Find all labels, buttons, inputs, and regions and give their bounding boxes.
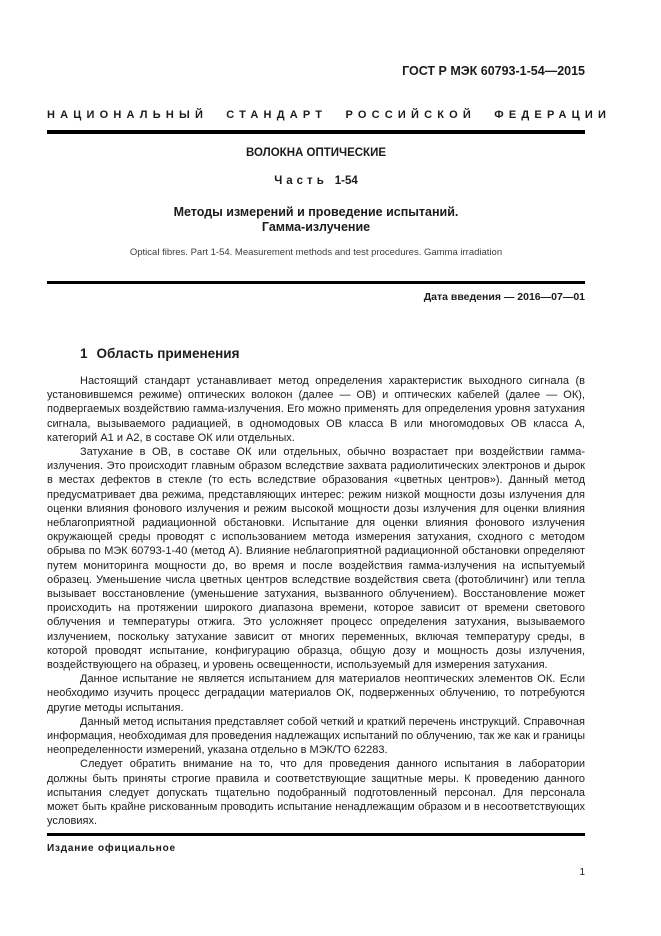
subtitle-line-2: Гамма-излучение	[47, 220, 585, 235]
section-body: Настоящий стандарт устанавливает метод о…	[47, 374, 585, 829]
section-number: 1	[80, 346, 88, 361]
page-number: 1	[47, 867, 585, 878]
paragraph: Следует обратить внимание на то, что для…	[47, 757, 585, 828]
subtitle-line-1: Методы измерений и проведение испытаний.	[47, 205, 585, 220]
section-heading: 1Область применения	[47, 346, 585, 361]
paragraph: Настоящий стандарт устанавливает метод о…	[47, 374, 585, 445]
doc-number: ГОСТ Р МЭК 60793-1-54—2015	[47, 64, 585, 78]
footer-rule	[47, 833, 585, 836]
section-title: Область применения	[97, 346, 240, 361]
document-subtitle: Методы измерений и проведение испытаний.…	[47, 205, 585, 235]
document-title-ru: ВОЛОКНА ОПТИЧЕСКИЕ	[47, 147, 585, 160]
part-word: Часть	[274, 175, 328, 187]
header-rule	[47, 130, 585, 134]
date-rule	[47, 281, 585, 284]
document-page: ГОСТ Р МЭК 60793-1-54—2015 НАЦИОНАЛЬНЫЙ …	[0, 0, 661, 936]
document-title-en: Optical fibres. Part 1-54. Measurement m…	[47, 247, 585, 258]
paragraph: Данный метод испытания представляет собо…	[47, 715, 585, 758]
part-line: Часть1-54	[47, 175, 585, 188]
paragraph: Затухание в ОВ, в составе ОК или отдельн…	[47, 445, 585, 672]
standard-type-heading: НАЦИОНАЛЬНЫЙ СТАНДАРТ РОССИЙСКОЙ ФЕДЕРАЦ…	[47, 109, 585, 122]
effective-date: Дата введения — 2016—07—01	[47, 291, 585, 303]
part-number: 1-54	[335, 175, 358, 187]
paragraph: Данное испытание не является испытанием …	[47, 672, 585, 715]
edition-note: Издание официальное	[47, 843, 585, 855]
